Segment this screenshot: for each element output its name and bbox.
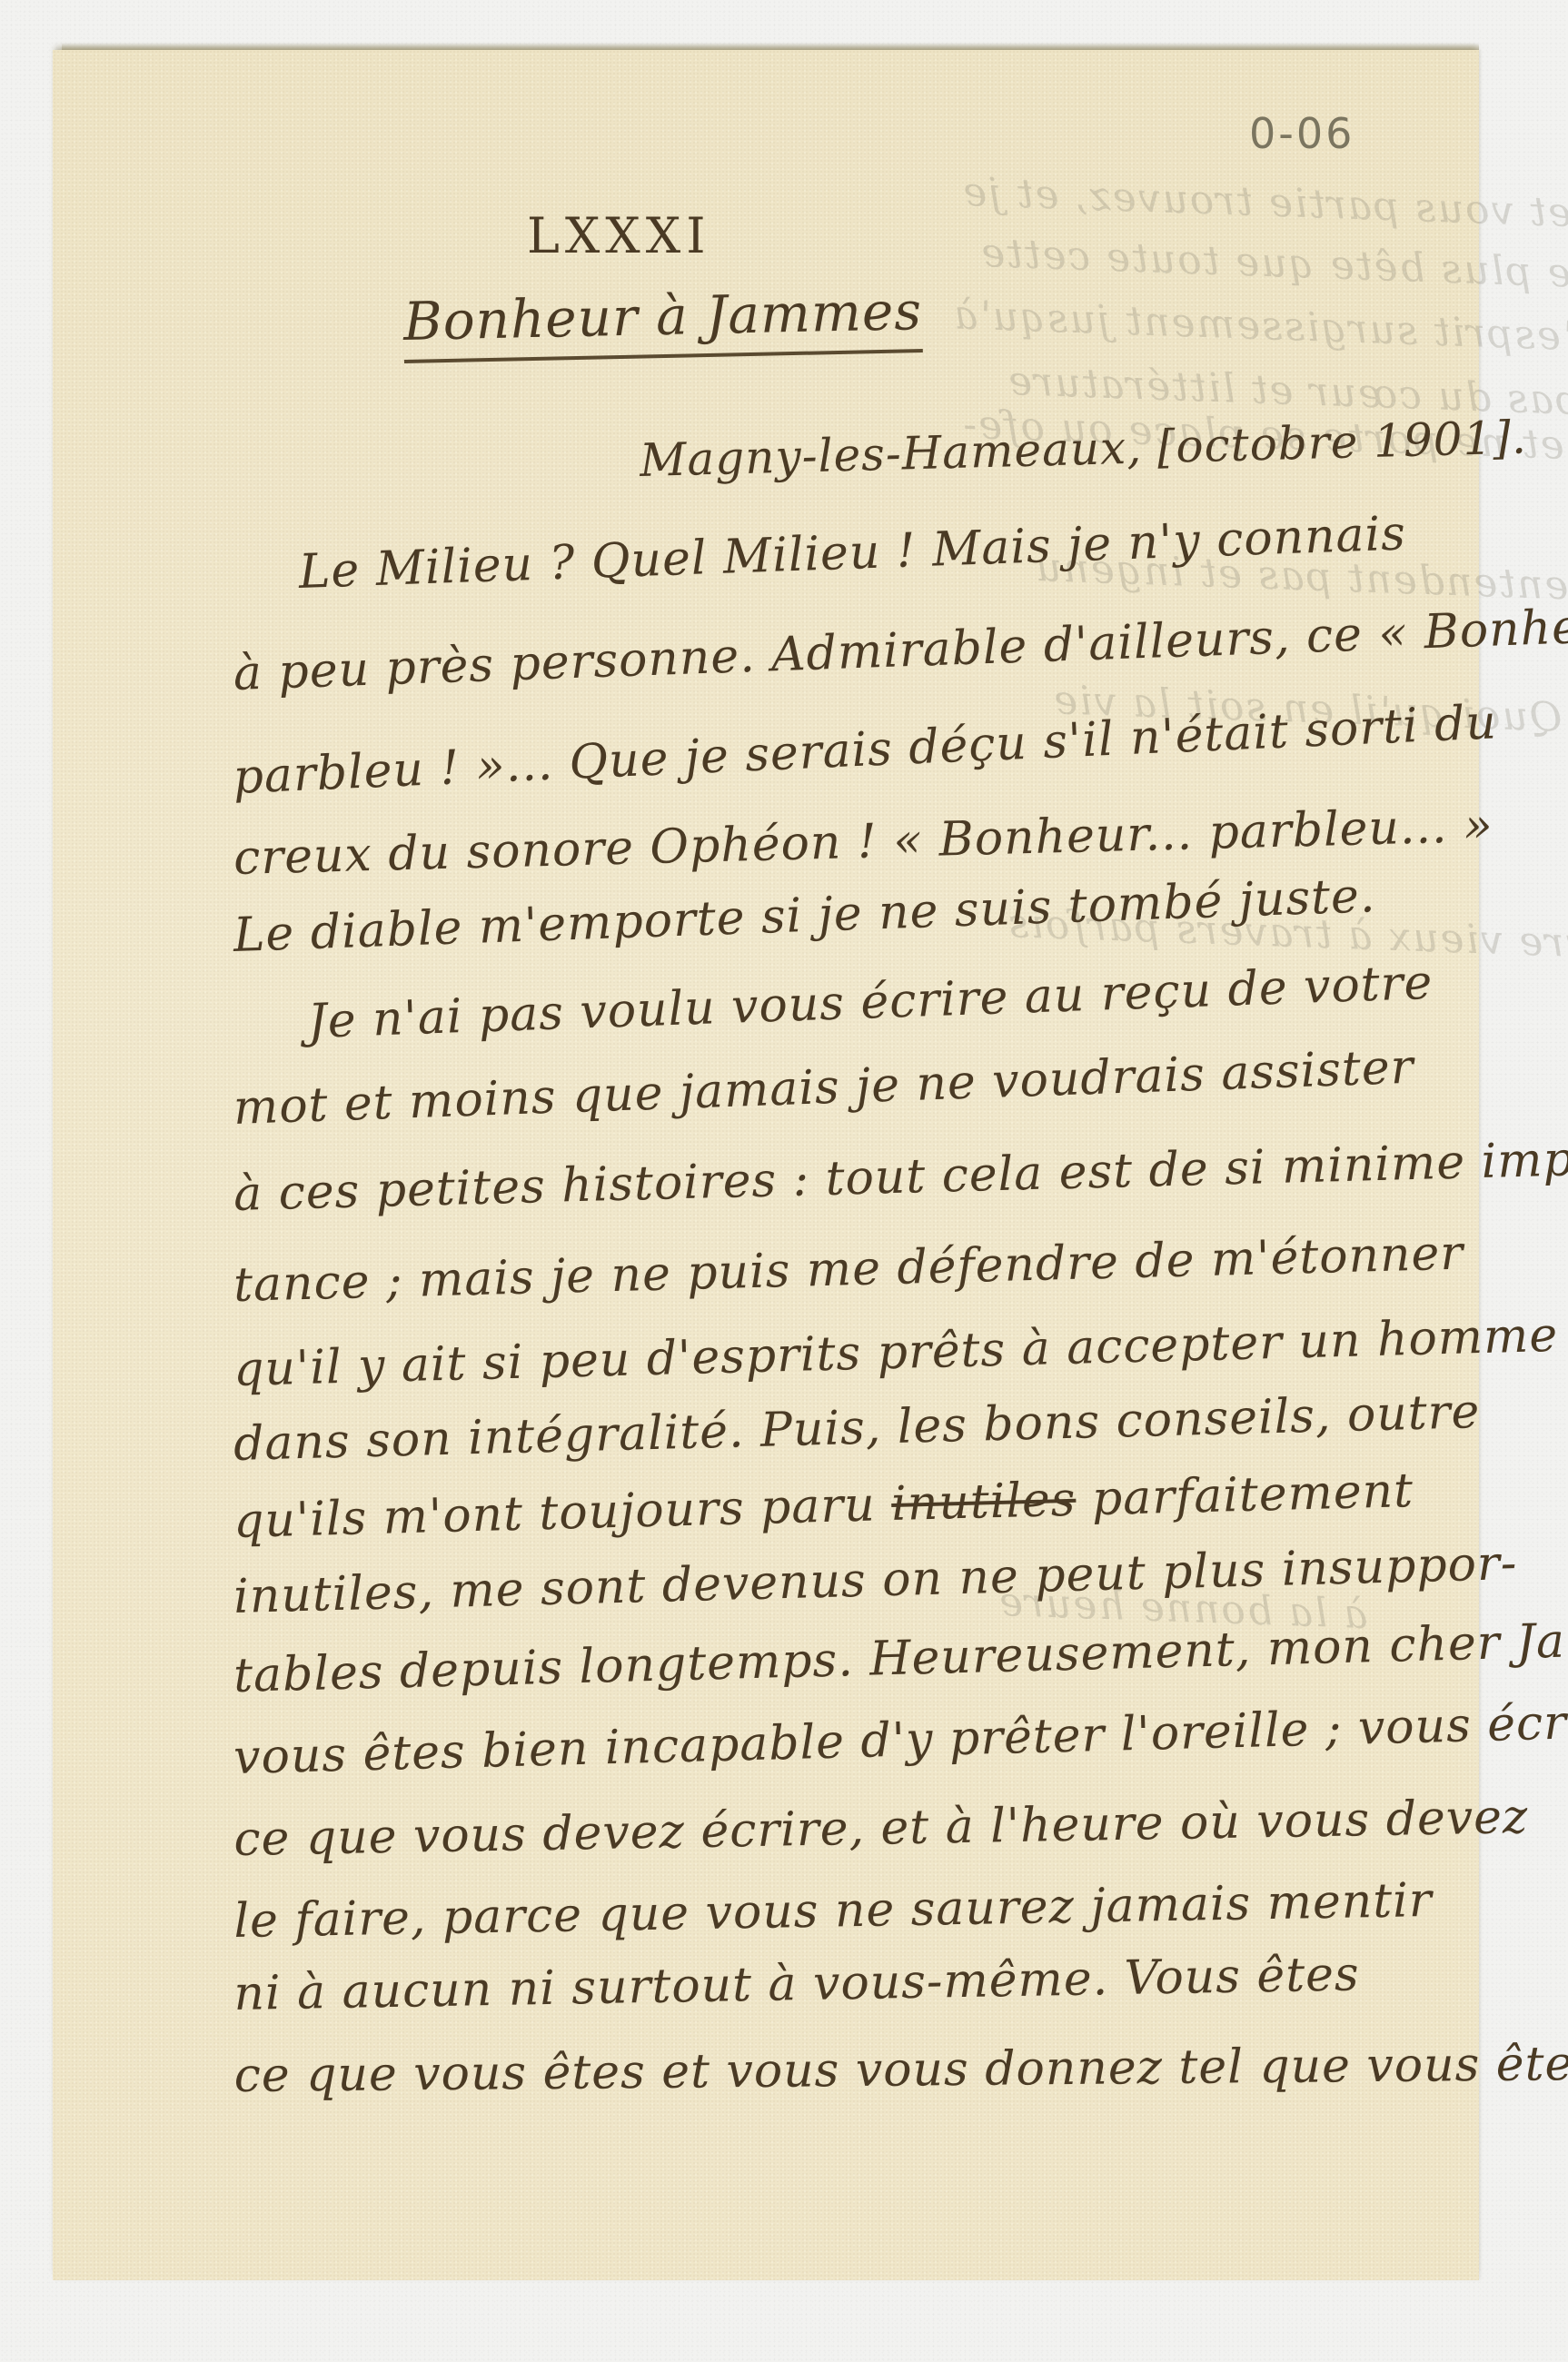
catalog-number: 0-06	[1249, 109, 1355, 158]
bleed-line: ne sais rien de plus bête que toute cett…	[978, 230, 1568, 307]
bleed-line: qu'il faut avoir l'esprit surgissement j…	[951, 292, 1568, 372]
letter-number: LXXXI	[527, 207, 711, 264]
paper-top-edge	[62, 43, 1479, 50]
struck-word: inutiles	[890, 1473, 1077, 1532]
letter-line: ce que vous êtes et vous vous donnez tel…	[233, 2037, 1568, 2103]
dateline-date: [octobre 1901].	[1156, 411, 1527, 473]
line-text-after: parfaitement	[1076, 1464, 1414, 1527]
bleed-line: tout petit orgueil et vous partie trouve…	[960, 169, 1568, 251]
letter-title: Bonheur à Jammes	[402, 280, 923, 363]
